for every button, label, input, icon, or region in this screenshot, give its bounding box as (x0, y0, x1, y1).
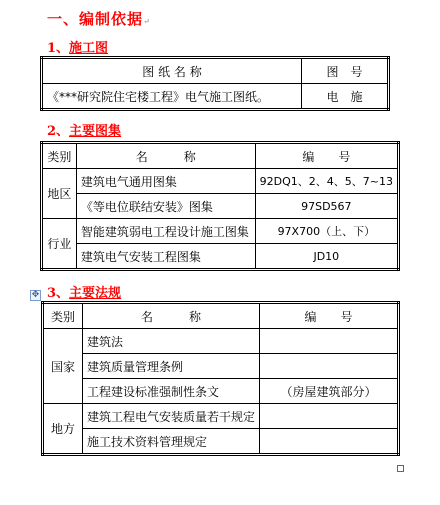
code-cell: 92DQ1、2、4、5、7~13 (255, 169, 398, 194)
table-move-handle-icon[interactable]: ✥ (30, 290, 41, 301)
name-cell: 智能建筑弱电工程设计施工图集 (76, 219, 255, 244)
table-resize-handle[interactable] (397, 465, 404, 472)
name-cell: 建筑工程电气安装质量若干规定 (83, 404, 260, 429)
name-cell: 《等电位联结安装》图集 (76, 194, 255, 219)
code-cell (260, 429, 399, 455)
name-cell: 建筑质量管理条例 (83, 354, 260, 379)
code-cell: （房屋建筑部分） (260, 379, 399, 404)
atlas-table: 类别 名 称 编 号 地区 建筑电气通用图集 92DQ1、2、4、5、7~13 … (40, 141, 400, 271)
header-drawing-number: 图 号 (302, 58, 389, 84)
drawings-table: 图 纸 名 称 图 号 《***研究院住宅楼工程》电气施工图纸。 电 施 (40, 56, 390, 111)
header-code: 编 号 (260, 303, 399, 329)
header-code: 编 号 (255, 143, 398, 169)
section1-title: 1、施工图 (47, 37, 108, 56)
header-drawing-name: 图 纸 名 称 (42, 58, 302, 84)
code-cell: 97X700（上、下） (255, 219, 398, 244)
code-cell (260, 329, 399, 354)
header-name: 名 称 (76, 143, 255, 169)
section3-title: 3、主要法规 (47, 282, 121, 301)
category-cell: 地方 (43, 404, 83, 455)
drawing-name-cell: 《***研究院住宅楼工程》电气施工图纸。 (42, 84, 302, 110)
section2-title: 2、主要图集 (47, 120, 121, 139)
name-cell: 建筑法 (83, 329, 260, 354)
drawing-number-cell: 电 施 (302, 84, 389, 110)
category-cell: 国家 (43, 329, 83, 404)
code-cell (260, 354, 399, 379)
category-cell: 行业 (42, 219, 77, 270)
code-cell: 97SD567 (255, 194, 398, 219)
code-cell (260, 404, 399, 429)
regulations-table: 类别 名 称 编 号 国家 建筑法 建筑质量管理条例 工程建设标准强制性条文 （… (41, 301, 400, 456)
category-cell: 地区 (42, 169, 77, 219)
name-cell: 施工技术资料管理规定 (83, 429, 260, 455)
header-category: 类别 (42, 143, 77, 169)
header-name: 名 称 (83, 303, 260, 329)
name-cell: 建筑电气安装工程图集 (76, 244, 255, 270)
code-cell: JD10 (255, 244, 398, 270)
name-cell: 建筑电气通用图集 (76, 169, 255, 194)
header-category: 类别 (43, 303, 83, 329)
name-cell: 工程建设标准强制性条文 (83, 379, 260, 404)
heading-compilation-basis: 一、编制依据↵ (47, 8, 151, 29)
